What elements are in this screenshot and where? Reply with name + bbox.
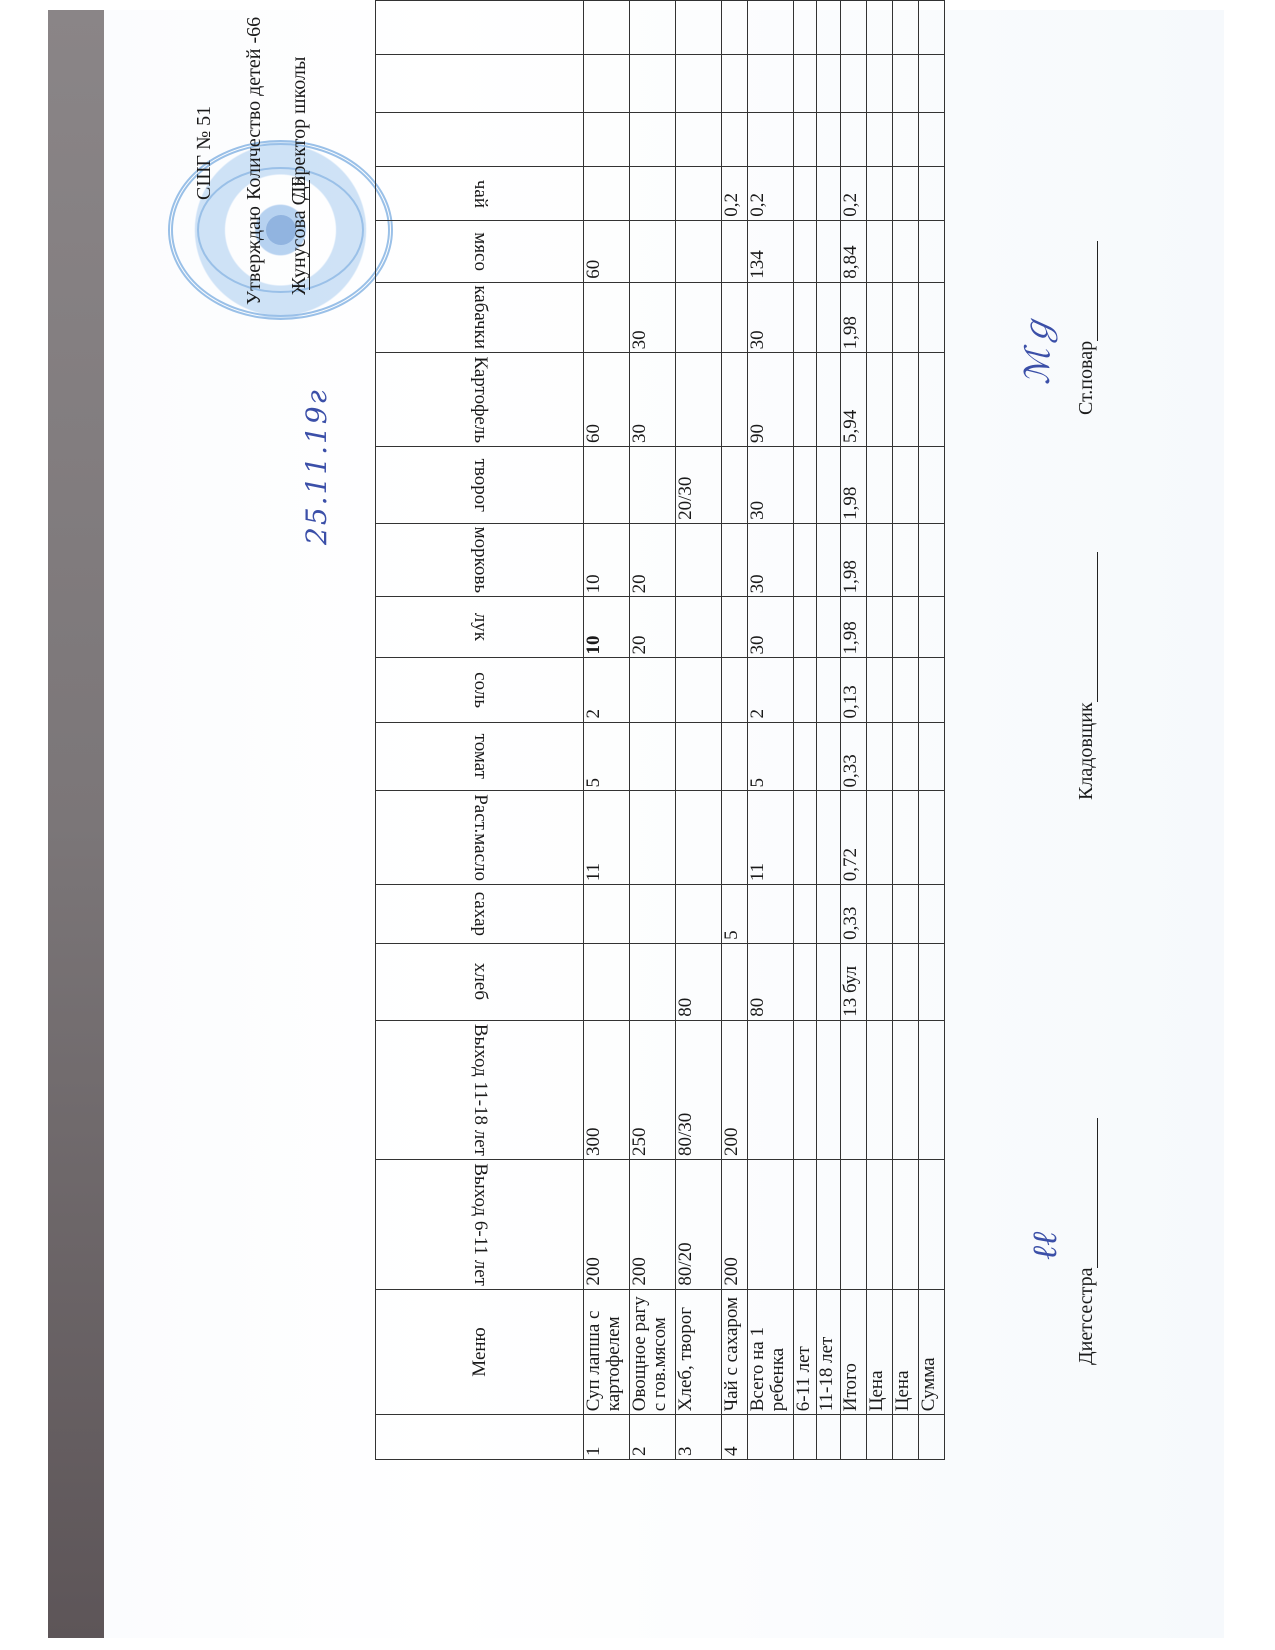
table-cell [722,523,748,596]
row-number [817,1415,841,1460]
table-cell [919,167,945,221]
column-header: Меню [376,1289,584,1415]
table-cell [867,885,893,944]
table-cell [584,55,630,113]
table-cell [676,353,722,447]
row-number [841,1415,867,1460]
table-cell [748,1,794,55]
table-row: Сумма [919,1,945,1460]
table-cell [722,722,748,791]
table-cell [676,167,722,221]
table-row: Всего на 1 ребенка80115230303090301340,2 [748,1,794,1460]
table-cell [676,523,722,596]
table-cell: 2 [584,658,630,722]
table-row: 1Суп лапша с картофелем20030011521010606… [584,1,630,1460]
table-cell [584,282,630,353]
table-cell [893,1,919,55]
table-cell [919,1,945,55]
table-cell [867,523,893,596]
table-cell [919,353,945,447]
table-cell [722,943,748,1020]
table-cell: 0,13 [841,658,867,722]
table-cell [893,1020,919,1159]
table-cell [867,1159,893,1289]
table-cell: 10 [584,523,630,596]
table-cell [893,353,919,447]
table-row: 6-11 лет [794,1,817,1460]
table-cell [867,282,893,353]
row-number [919,1415,945,1460]
table-cell [630,885,676,944]
table-cell [867,597,893,658]
table-cell: 30 [748,282,794,353]
table-cell: 30 [630,282,676,353]
table-cell [794,1020,817,1159]
table-cell [630,112,676,166]
table-cell [919,220,945,282]
table-cell [919,1020,945,1159]
director-name: Жунусова С.Б [288,176,311,295]
table-cell [867,1,893,55]
table-cell [919,112,945,166]
table-cell [893,943,919,1020]
table-cell [817,282,841,353]
table-cell: 0,33 [841,722,867,791]
dish-name: 6-11 лет [794,1289,817,1415]
table-cell [893,722,919,791]
row-number [748,1415,794,1460]
column-header: Картофель [376,353,584,447]
column-header: лук [376,597,584,658]
table-cell: 1,98 [841,282,867,353]
table-cell: 5 [722,885,748,944]
menu-table: МенюВыход 6-11 летВыход 11-18 летхлебсах… [375,0,945,1460]
table-cell [722,55,748,113]
table-cell [919,282,945,353]
table-cell [722,112,748,166]
table-cell [794,1,817,55]
table-cell [893,791,919,885]
chef-signature-mark: ℳℊ [1010,315,1059,385]
column-header: Выход 6-11 лет [376,1159,584,1289]
table-cell [794,523,817,596]
table-cell [630,55,676,113]
rotated-document: СШГ № 51 Количество детей -66 Утверждаю … [0,0,1275,1650]
table-cell [630,658,676,722]
table-cell [794,282,817,353]
table-cell: 30 [748,446,794,523]
children-count: Количество детей -66 [243,17,266,200]
table-cell [748,1159,794,1289]
table-row: 4Чай с сахаром20020050,2 [722,1,748,1460]
table-cell [867,1020,893,1159]
dish-name: Цена [867,1289,893,1415]
table-cell [722,1,748,55]
table-cell [841,55,867,113]
table-cell: 80 [676,943,722,1020]
table-cell: 60 [584,220,630,282]
column-header: соль [376,658,584,722]
dish-name: Суп лапша с картофелем [584,1289,630,1415]
dish-name: Хлеб, творог [676,1289,722,1415]
table-cell [722,282,748,353]
table-header-row: МенюВыход 6-11 летВыход 11-18 летхлебсах… [376,1,584,1460]
row-number: 3 [676,1415,722,1460]
dish-name: Итого [841,1289,867,1415]
table-cell [722,597,748,658]
table-cell [919,55,945,113]
table-cell [817,167,841,221]
row-number [794,1415,817,1460]
table-cell: 200 [722,1020,748,1159]
table-cell [817,1020,841,1159]
table-cell [919,722,945,791]
table-cell [748,55,794,113]
signature-line [1097,241,1098,341]
table-cell: 5 [748,722,794,791]
dish-name: Цена [893,1289,919,1415]
table-cell [817,112,841,166]
column-header [376,1,584,55]
table-cell [676,282,722,353]
table-cell [794,112,817,166]
table-cell [841,1020,867,1159]
table-cell [867,658,893,722]
table-cell: 60 [584,353,630,447]
table-cell [722,220,748,282]
table-cell: 0,33 [841,885,867,944]
table-cell: 20 [630,523,676,596]
table-row: 3Хлеб, творог80/2080/308020/30 [676,1,722,1460]
table-cell: 30 [630,353,676,447]
table-cell [817,353,841,447]
column-header: морковь [376,523,584,596]
chef-label: Ст.повар [1075,341,1097,415]
table-cell [630,722,676,791]
column-header: хлеб [376,943,584,1020]
organization-title: СШГ № 51 [193,106,216,200]
column-header: мясо [376,220,584,282]
table-cell [817,791,841,885]
table-cell: 0,2 [841,167,867,221]
table-cell: 20 [630,597,676,658]
table-cell: 5 [584,722,630,791]
table-cell: 300 [584,1020,630,1159]
table-cell [841,1,867,55]
table-cell: 0,72 [841,791,867,885]
table-cell [676,112,722,166]
table-cell [676,55,722,113]
table-cell [817,446,841,523]
table-cell: 134 [748,220,794,282]
table-cell [722,353,748,447]
row-number [893,1415,919,1460]
table-cell: 8,84 [841,220,867,282]
column-header [376,112,584,166]
table-cell [676,597,722,658]
table-cell [794,353,817,447]
table-cell [893,446,919,523]
table-cell [817,220,841,282]
table-cell [817,597,841,658]
table-cell: 0,2 [748,167,794,221]
table-cell: 1,98 [841,597,867,658]
signature-line [1097,552,1098,702]
table-cell [630,167,676,221]
table-cell [748,885,794,944]
table-cell [919,791,945,885]
dish-name: Всего на 1 ребенка [748,1289,794,1415]
table-cell: 80/30 [676,1020,722,1159]
table-cell [676,791,722,885]
table-cell [817,658,841,722]
signature-line [1097,1118,1098,1268]
table-cell [794,658,817,722]
column-header: томат [376,722,584,791]
table-cell [867,55,893,113]
table-cell [867,167,893,221]
table-cell [893,597,919,658]
table-cell [919,446,945,523]
table-cell: 10 [584,597,630,658]
column-header: чай [376,167,584,221]
table-cell [893,1159,919,1289]
table-cell [867,112,893,166]
table-cell: 1,98 [841,446,867,523]
table-cell [584,885,630,944]
table-cell [584,167,630,221]
table-cell [722,658,748,722]
dish-name: Овощное рагу с гов.мясом [630,1289,676,1415]
table-cell [584,943,630,1020]
table-cell [919,597,945,658]
table-cell: 90 [748,353,794,447]
row-number [867,1415,893,1460]
table-cell [794,597,817,658]
table-cell [794,885,817,944]
column-header: Раст.масло [376,791,584,885]
table-cell [867,446,893,523]
table-cell [893,523,919,596]
table-cell [794,943,817,1020]
table-cell [893,167,919,221]
table-cell [676,885,722,944]
column-header: Выход 11-18 лет [376,1020,584,1159]
table-cell [722,446,748,523]
table-row: 2Овощное рагу с гов.мясом20025020203030 [630,1,676,1460]
table-cell [722,791,748,885]
approve-label: Утверждаю [243,206,266,305]
table-cell [584,112,630,166]
storekeeper-label: Кладовщик [1075,702,1097,800]
table-cell: 200 [630,1159,676,1289]
dish-name: Чай с сахаром [722,1289,748,1415]
table-cell [919,943,945,1020]
chef-signature: Ст.повар [1075,241,1098,415]
table-cell [817,885,841,944]
table-cell [867,791,893,885]
row-number: 2 [630,1415,676,1460]
table-row: Итого13 бул0,330,720,330,131,981,981,985… [841,1,867,1460]
table-cell [919,885,945,944]
table-cell [817,523,841,596]
table-cell [893,55,919,113]
table-cell [584,1,630,55]
table-cell: 11 [584,791,630,885]
table-cell: 250 [630,1020,676,1159]
dietitian-signature-mark: ℓℓ [1025,1232,1065,1260]
table-cell [893,282,919,353]
table-cell [867,220,893,282]
table-cell [794,446,817,523]
table-cell [584,446,630,523]
table-cell [794,1159,817,1289]
table-cell [794,167,817,221]
table-cell [817,1159,841,1289]
table-cell: 2 [748,658,794,722]
table-row: Цена [893,1,919,1460]
column-header: сахар [376,885,584,944]
table-cell: 80 [748,943,794,1020]
table-cell: 200 [722,1159,748,1289]
column-header [376,1415,584,1460]
table-cell: 30 [748,523,794,596]
table-cell: 1,98 [841,523,867,596]
table-cell [676,220,722,282]
dietitian-label: Диетсестра [1075,1268,1097,1365]
table-cell [867,353,893,447]
table-cell [630,943,676,1020]
dish-name: Сумма [919,1289,945,1415]
table-row: Цена [867,1,893,1460]
column-header: творог [376,446,584,523]
handwritten-date: 25.11.19г [300,388,333,545]
table-cell [748,1020,794,1159]
table-cell [676,1,722,55]
table-row: 11-18 лет [817,1,841,1460]
table-cell: 30 [748,597,794,658]
table-cell [794,722,817,791]
column-header [376,55,584,113]
column-header: кабачки [376,282,584,353]
table-cell [794,55,817,113]
table-cell [919,658,945,722]
table-cell [893,658,919,722]
table-cell [676,658,722,722]
table-cell [817,722,841,791]
table-cell [867,943,893,1020]
table-cell [841,1159,867,1289]
table-cell: 5,94 [841,353,867,447]
dietitian-signature: Диетсестра [1075,1118,1098,1365]
table-cell [919,1159,945,1289]
storekeeper-signature: Кладовщик [1075,552,1098,800]
row-number: 1 [584,1415,630,1460]
table-cell: 20/30 [676,446,722,523]
table-cell [893,220,919,282]
table-cell [794,791,817,885]
table-cell [630,1,676,55]
table-cell [919,523,945,596]
table-cell [748,112,794,166]
table-cell: 200 [584,1159,630,1289]
table-cell: 13 бул [841,943,867,1020]
row-number: 4 [722,1415,748,1460]
table-cell: 11 [748,791,794,885]
table-cell [817,55,841,113]
dish-name: 11-18 лет [817,1289,841,1415]
table-cell [817,1,841,55]
table-cell [817,943,841,1020]
table-cell [841,112,867,166]
table-cell [893,885,919,944]
table-cell [630,791,676,885]
table-cell [867,722,893,791]
table-cell: 0,2 [722,167,748,221]
table-cell [893,112,919,166]
table-cell: 80/20 [676,1159,722,1289]
table-cell [794,220,817,282]
table-cell [676,722,722,791]
table-cell [630,220,676,282]
table-cell [630,446,676,523]
